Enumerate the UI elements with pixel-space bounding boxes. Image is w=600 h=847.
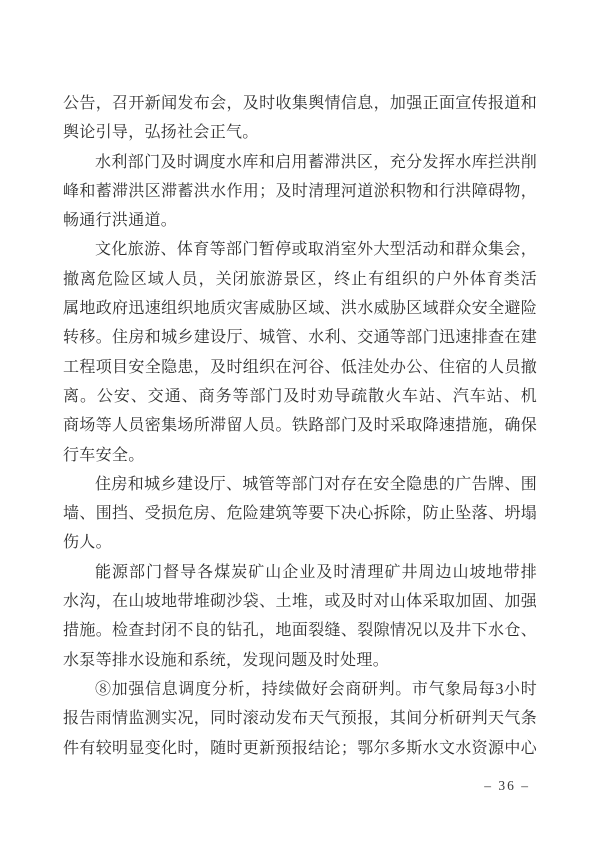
text-line: 行车安全。 [63,441,537,470]
text-line: 离。公安、交通、商务等部门及时劝导疏散火车站、汽车站、机场、 [63,382,537,411]
text-line: 住房和城乡建设厅、城管等部门对存在安全隐患的广告牌、围 [63,470,537,499]
text-line: 水沟，在山坡地带堆砌沙袋、土堆，或及时对山体采取加固、加强 [63,587,537,616]
text-line: 报告雨情监测实况，同时滚动发布天气预报，其间分析研判天气条 [63,704,537,733]
text-line: 舆论引导，弘扬社会正气。 [63,118,537,147]
text-line: 转移。住房和城乡建设厅、城管、水利、交通等部门迅速排查在建 [63,323,537,352]
text-line: 公告，召开新闻发布会，及时收集舆情信息，加强正面宣传报道和 [63,89,537,118]
text-line: 能源部门督导各煤炭矿山企业及时清理矿井周边山坡地带排 [63,558,537,587]
text-line: 峰和蓄滞洪区滞蓄洪水作用；及时清理河道淤积物和行洪障碍物， [63,177,537,206]
text-line: 工程项目安全隐患，及时组织在河谷、低洼处办公、住宿的人员撤 [63,353,537,382]
text-line: 畅通行洪通道。 [63,206,537,235]
text-line: 文化旅游、体育等部门暂停或取消室外大型活动和群众集会， [63,235,537,264]
text-line: ⑧加强信息调度分析，持续做好会商研判。市气象局每3小时 [63,675,537,704]
page-number: – 36 – [484,777,530,795]
text-line: 水利部门及时调度水库和启用蓄滞洪区，充分发挥水库拦洪削 [63,148,537,177]
text-line: 撤离危险区域人员，关闭旅游景区，终止有组织的户外体育类活动。 [63,265,537,294]
text-line: 伤人。 [63,528,537,557]
text-line: 属地政府迅速组织地质灾害威胁区域、洪水威胁区域群众安全避险 [63,294,537,323]
text-line: 水泵等排水设施和系统，发现问题及时处理。 [63,646,537,675]
document-page: 公告，召开新闻发布会，及时收集舆情信息，加强正面宣传报道和 舆论引导，弘扬社会正… [0,0,600,847]
text-line: 墙、围挡、受损危房、危险建筑等要下决心拆除，防止坠落、坍塌 [63,499,537,528]
text-line: 件有较明显变化时，随时更新预报结论；鄂尔多斯水文水资源中心 [63,734,537,763]
document-body: 公告，召开新闻发布会，及时收集舆情信息，加强正面宣传报道和 舆论引导，弘扬社会正… [63,89,537,763]
text-line: 商场等人员密集场所滞留人员。铁路部门及时采取降速措施，确保 [63,411,537,440]
text-line: 措施。检查封闭不良的钻孔，地面裂缝、裂隙情况以及井下水仓、 [63,616,537,645]
